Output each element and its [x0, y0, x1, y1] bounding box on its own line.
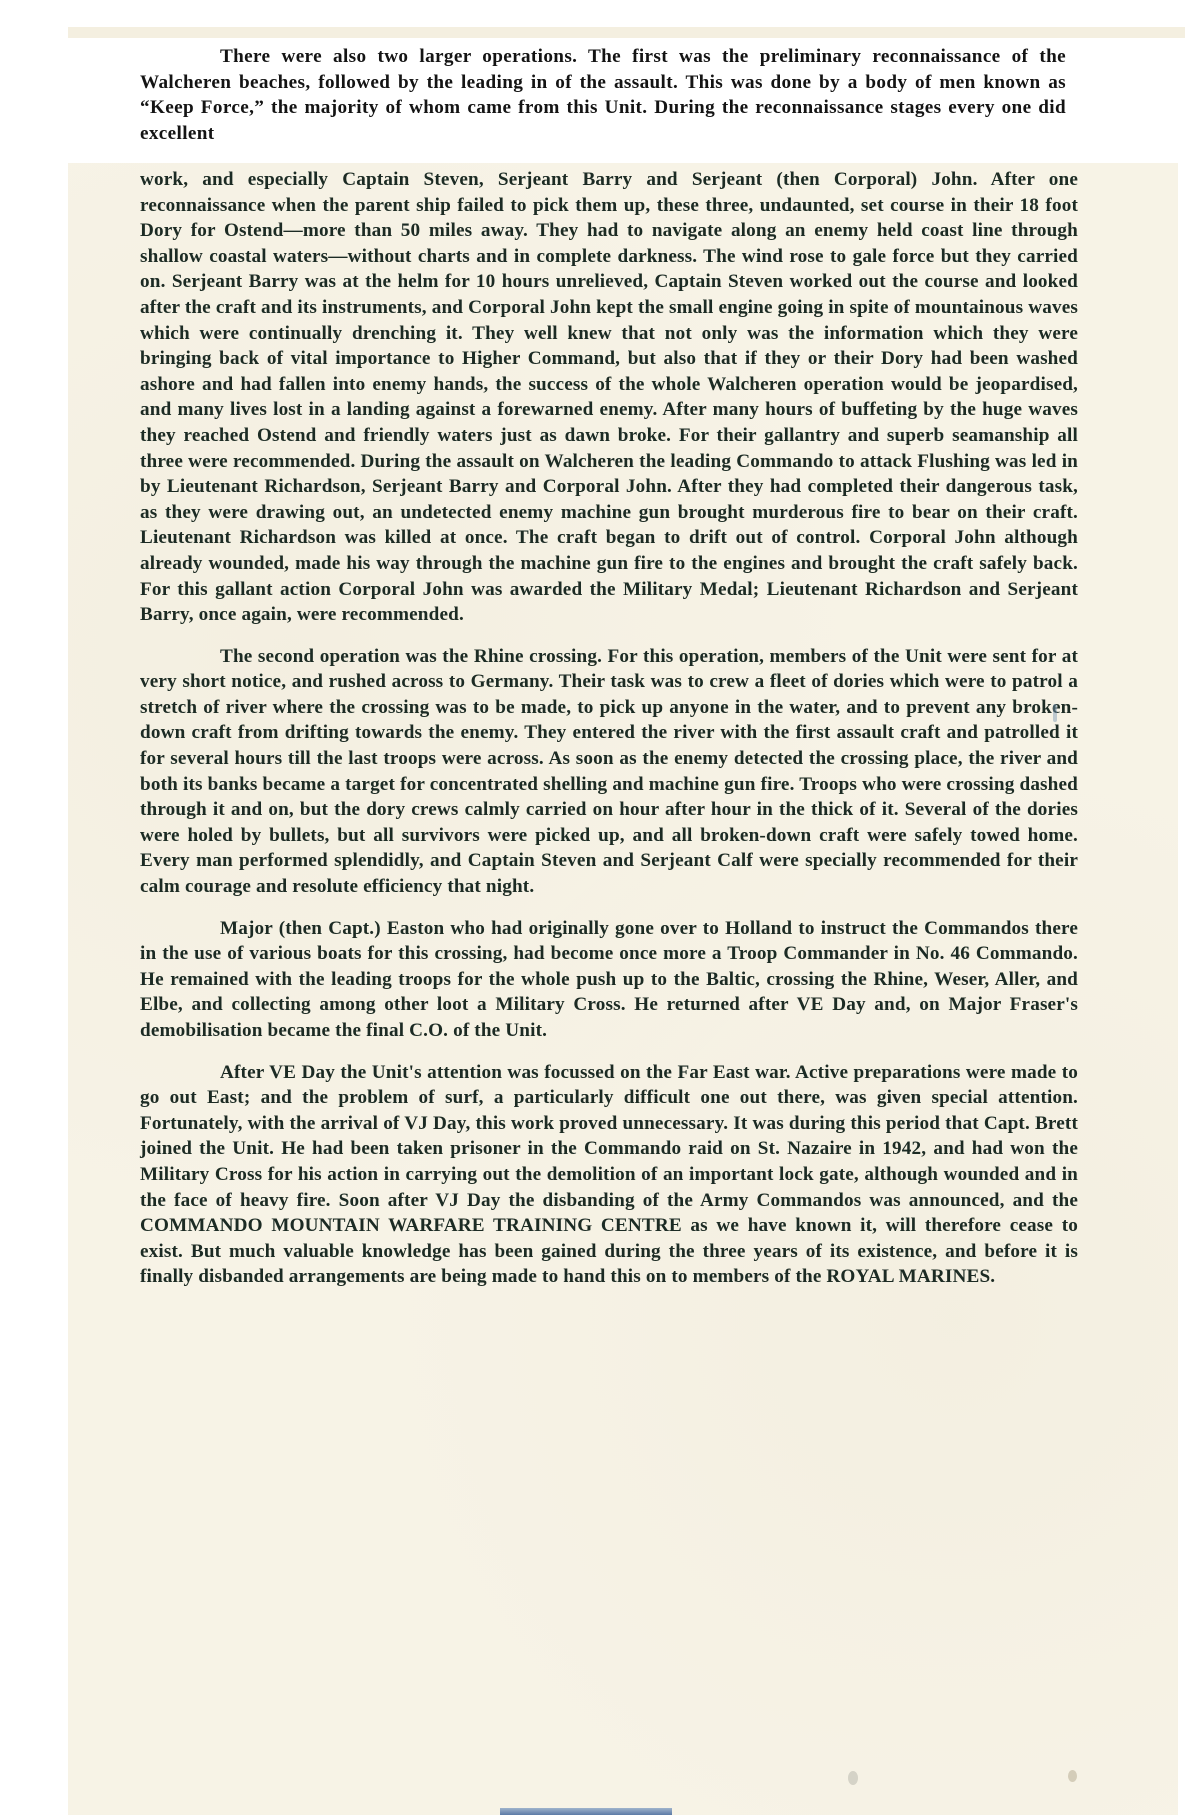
- paper-stain: [1053, 704, 1057, 722]
- paragraph-rhine-crossing: The second operation was the Rhine cross…: [140, 644, 1078, 900]
- paper-stain: [848, 1771, 858, 1785]
- paragraph-intro: There were also two larger operations. T…: [140, 44, 1066, 146]
- paragraph-walcheren: work, and especially Captain Steven, Ser…: [140, 167, 1078, 628]
- top-paper-strip: [68, 27, 1185, 38]
- blue-edge-mark: [500, 1808, 672, 1815]
- paragraph-major-easton: Major (then Capt.) Easton who had origin…: [140, 916, 1078, 1044]
- top-text-block: There were also two larger operations. T…: [140, 44, 1066, 146]
- body-text-block: work, and especially Captain Steven, Ser…: [140, 167, 1078, 1290]
- paragraph-far-east: After VE Day the Unit's attention was fo…: [140, 1060, 1078, 1290]
- paper-stain: [1068, 1770, 1077, 1782]
- document-page: work, and especially Captain Steven, Ser…: [68, 163, 1178, 1815]
